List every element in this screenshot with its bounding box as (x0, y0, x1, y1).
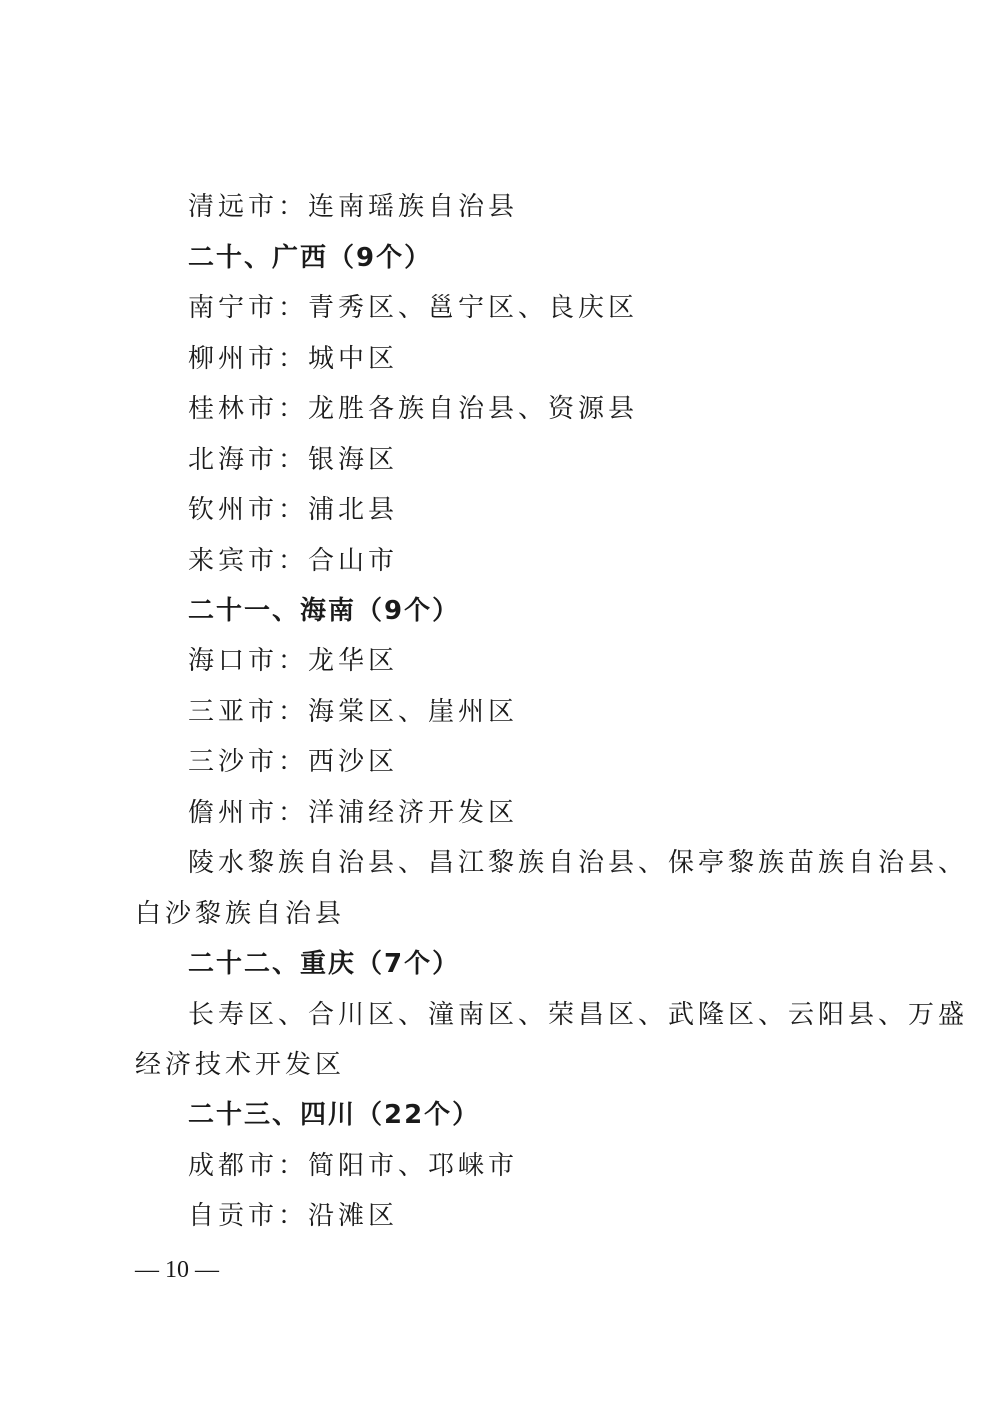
page-number: — 10 — (135, 1255, 219, 1285)
entry-hainan-counties: 陵水黎族自治县、昌江黎族自治县、保亭黎族苗族自治县、 (188, 843, 968, 883)
entry-beihai: 北海市：银海区 (188, 440, 398, 480)
entry-sanya: 三亚市：海棠区、崖州区 (188, 692, 518, 732)
entry-chongqing-districts-continued: 经济技术开发区 (135, 1045, 345, 1085)
document-page: 清远市：连南瑶族自治县 二十、广西（9个） 南宁市：青秀区、邕宁区、良庆区 柳州… (0, 0, 1000, 1415)
entry-hainan-counties-continued: 白沙黎族自治县 (135, 894, 345, 934)
entry-nanning: 南宁市：青秀区、邕宁区、良庆区 (188, 288, 638, 328)
section-heading-hainan: 二十一、海南（9个） (188, 591, 460, 631)
entry-danzhou: 儋州市：洋浦经济开发区 (188, 793, 518, 833)
entry-sansha: 三沙市：西沙区 (188, 742, 398, 782)
entry-chengdu: 成都市：简阳市、邛崃市 (188, 1146, 518, 1186)
entry-guilin: 桂林市：龙胜各族自治县、资源县 (188, 389, 638, 429)
section-heading-chongqing: 二十二、重庆（7个） (188, 944, 460, 984)
entry-haikou: 海口市：龙华区 (188, 641, 398, 681)
section-heading-guangxi: 二十、广西（9个） (188, 238, 432, 278)
entry-qingyuan: 清远市：连南瑶族自治县 (188, 187, 518, 227)
entry-chongqing-districts: 长寿区、合川区、潼南区、荣昌区、武隆区、云阳县、万盛 (188, 995, 968, 1035)
entry-zigong: 自贡市：沿滩区 (188, 1196, 398, 1236)
entry-liuzhou: 柳州市：城中区 (188, 339, 398, 379)
section-heading-sichuan: 二十三、四川（22个） (188, 1095, 480, 1135)
entry-laibin: 来宾市：合山市 (188, 541, 398, 581)
entry-qinzhou: 钦州市：浦北县 (188, 490, 398, 530)
